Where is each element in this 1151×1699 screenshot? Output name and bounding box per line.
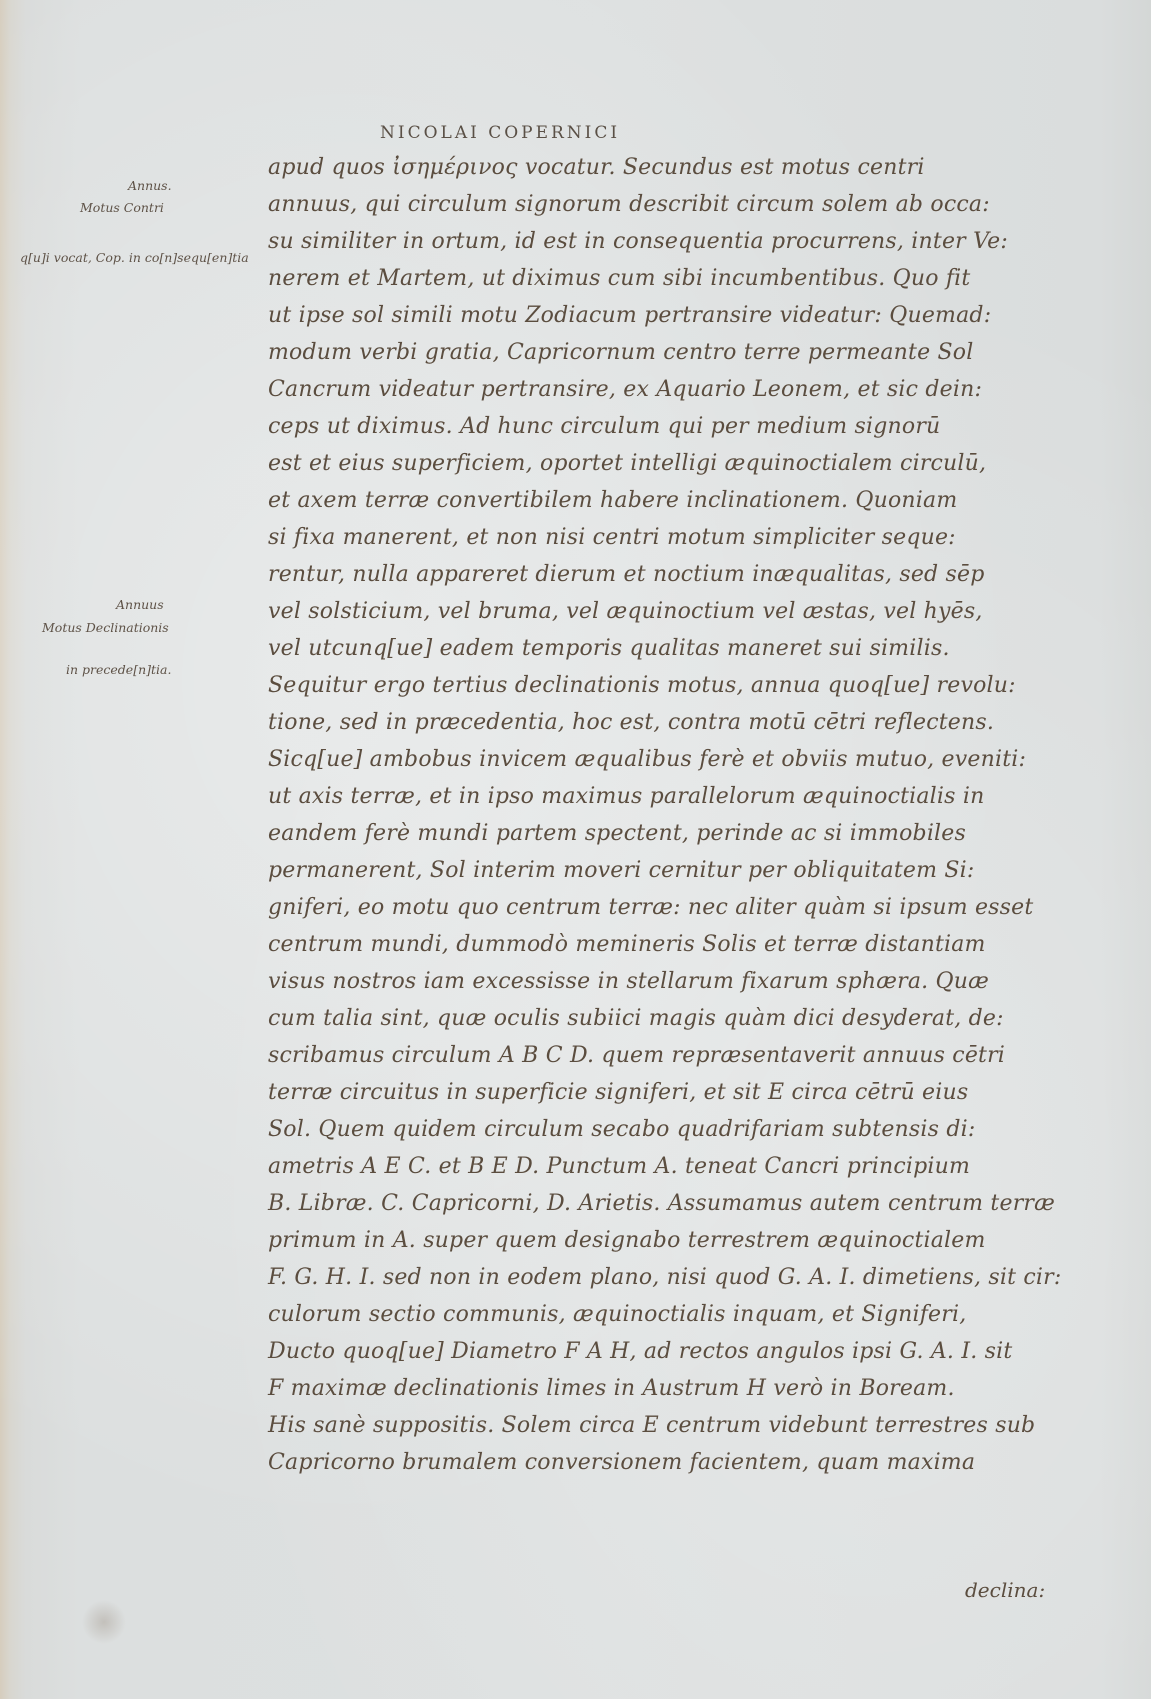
margin-note: Motus Declinationis [42,620,169,635]
text-line: nerem et Martem, ut diximus cum sibi inc… [268,266,970,291]
text-line: modum verbi gratia, Capricornum centro t… [268,340,973,365]
text-line: apud quos ἰσημέρινος vocatur. Secundus e… [268,155,925,180]
text-line: rentur, nulla appareret dierum et noctiu… [268,562,985,587]
text-line: eandem ferè mundi partem spectent, perin… [268,821,966,846]
text-line: cum talia sint, quæ oculis subiici magis… [268,1006,1004,1031]
margin-note: Annuus [116,597,164,612]
text-line: His sanè suppositis. Solem circa E centr… [268,1413,1035,1438]
margin-note: Annus. [128,178,172,193]
text-line: ceps ut diximus. Ad hunc circulum qui pe… [268,414,940,439]
text-line: Sol. Quem quidem circulum secabo quadrif… [268,1117,975,1142]
manuscript-page: NICOLAI COPERNICI Annus.Motus Contriq[u]… [0,0,1151,1699]
text-line: B. Libræ. C. Capricorni, D. Arietis. Ass… [268,1191,1055,1216]
text-line: Sequitur ergo tertius declinationis motu… [268,673,1016,698]
text-line: centrum mundi, dummodò memineris Solis e… [268,932,986,957]
text-line: culorum sectio communis, æquinoctialis i… [268,1302,966,1327]
text-line: tione, sed in præcedentia, hoc est, cont… [268,710,994,735]
text-line: terræ circuitus in superficie signiferi,… [268,1080,968,1105]
text-line: Capricorno brumalem conversionem facient… [268,1450,975,1475]
text-line: gniferi, eo motu quo centrum terræ: nec … [268,895,1033,920]
text-line: visus nostros iam excessisse in stellaru… [268,969,989,994]
margin-note: q[u]i vocat, Cop. in co[n]sequ[en]tia [20,250,249,265]
text-line: annuus, qui circulum signorum describit … [268,192,990,217]
text-line: primum in A. super quem designabo terres… [268,1228,986,1253]
text-line: vel utcunq[ue] eadem temporis qualitas m… [268,636,950,661]
text-line: est et eius superficiem, oportet intelli… [268,451,986,476]
margin-note: Motus Contri [80,200,164,215]
margin-note: in precede[n]tia. [66,662,171,677]
text-line: Ducto quoq[ue] Diametro F A H, ad rectos… [268,1339,1012,1364]
text-line: si fixa manerent, et non nisi centri mot… [268,525,956,550]
text-line: ametris A E C. et B E D. Punctum A. tene… [268,1154,970,1179]
text-line: Cancrum videatur pertransire, ex Aquario… [268,377,982,402]
catchword: declina: [965,1578,1045,1602]
text-line: scribamus circulum A B C D. quem repræse… [268,1043,1005,1068]
text-line: vel solsticium, vel bruma, vel æquinocti… [268,599,983,624]
text-line: ut axis terræ, et in ipso maximus parall… [268,784,984,809]
text-line: ut ipse sol simili motu Zodiacum pertran… [268,303,991,328]
text-line: F. G. H. I. sed non in eodem plano, nisi… [268,1265,1061,1290]
running-head: NICOLAI COPERNICI [380,123,620,143]
text-line: F maximæ declinationis limes in Austrum … [268,1376,955,1401]
text-line: permanerent, Sol interim moveri cernitur… [268,858,975,883]
text-line: su similiter in ortum, id est in consequ… [268,229,1008,254]
text-line: et axem terræ convertibilem habere incli… [268,488,957,513]
text-line: Sicq[ue] ambobus invicem æqualibus ferè … [268,747,1026,772]
